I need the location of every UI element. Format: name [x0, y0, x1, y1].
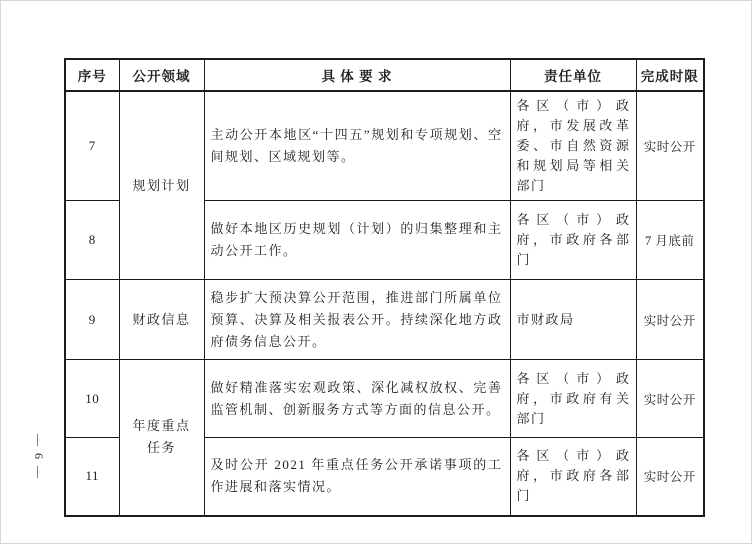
col-header-disclosure-area: 公开领域	[119, 59, 204, 91]
cell-disclosure-area: 财政信息	[119, 280, 204, 360]
table-header-row: 序号 公开领域 具 体 要 求 责任单位 完成时限	[65, 59, 704, 91]
cell-deadline: 实时公开	[636, 360, 704, 438]
col-header-completion-deadline: 完成时限	[636, 59, 704, 91]
cell-responsible-unit: 各区（市）政府，市政府各部门	[510, 201, 636, 280]
col-header-specific-requirements: 具 体 要 求	[204, 59, 510, 91]
cell-disclosure-area: 年度重点任务	[119, 360, 204, 516]
cell-serial-number: 9	[65, 280, 119, 360]
cell-requirement: 及时公开 2021 年重点任务公开承诺事项的工作进展和落实情况。	[204, 438, 510, 516]
cell-deadline: 实时公开	[636, 438, 704, 516]
table-row: 10 年度重点任务 做好精准落实宏观政策、深化减权放权、完善监管机制、创新服务方…	[65, 360, 704, 438]
cell-responsible-unit: 各区（市）政府，市政府有关部门	[510, 360, 636, 438]
cell-serial-number: 10	[65, 360, 119, 438]
table-row: 7 规划计划 主动公开本地区“十四五”规划和专项规划、空间规划、区域规划等。 各…	[65, 91, 704, 201]
cell-serial-number: 8	[65, 201, 119, 280]
cell-responsible-unit: 市财政局	[510, 280, 636, 360]
disclosure-requirements-table: 序号 公开领域 具 体 要 求 责任单位 完成时限 7 规划计划 主动公开本地区…	[64, 58, 705, 517]
cell-serial-number: 7	[65, 91, 119, 201]
cell-responsible-unit: 各区（市）政府，市政府各部门	[510, 438, 636, 516]
document-page: — 6 — 序号 公开领域 具 体 要 求 责任单位 完成时限 7 规划计划 主…	[0, 0, 752, 544]
cell-serial-number: 11	[65, 438, 119, 516]
cell-deadline: 7 月底前	[636, 201, 704, 280]
cell-deadline: 实时公开	[636, 280, 704, 360]
col-header-serial-number: 序号	[65, 59, 119, 91]
page-number: — 6 —	[31, 421, 46, 493]
col-header-responsible-unit: 责任单位	[510, 59, 636, 91]
cell-requirement: 主动公开本地区“十四五”规划和专项规划、空间规划、区域规划等。	[204, 91, 510, 201]
table-row: 9 财政信息 稳步扩大预决算公开范围，推进部门所属单位预算、决算及相关报表公开。…	[65, 280, 704, 360]
cell-disclosure-area: 规划计划	[119, 91, 204, 280]
cell-requirement: 做好精准落实宏观政策、深化减权放权、完善监管机制、创新服务方式等方面的信息公开。	[204, 360, 510, 438]
cell-deadline: 实时公开	[636, 91, 704, 201]
cell-requirement: 稳步扩大预决算公开范围，推进部门所属单位预算、决算及相关报表公开。持续深化地方政…	[204, 280, 510, 360]
cell-requirement: 做好本地区历史规划（计划）的归集整理和主动公开工作。	[204, 201, 510, 280]
cell-responsible-unit: 各区（市）政府，市发展改革委、市自然资源和规划局等相关部门	[510, 91, 636, 201]
